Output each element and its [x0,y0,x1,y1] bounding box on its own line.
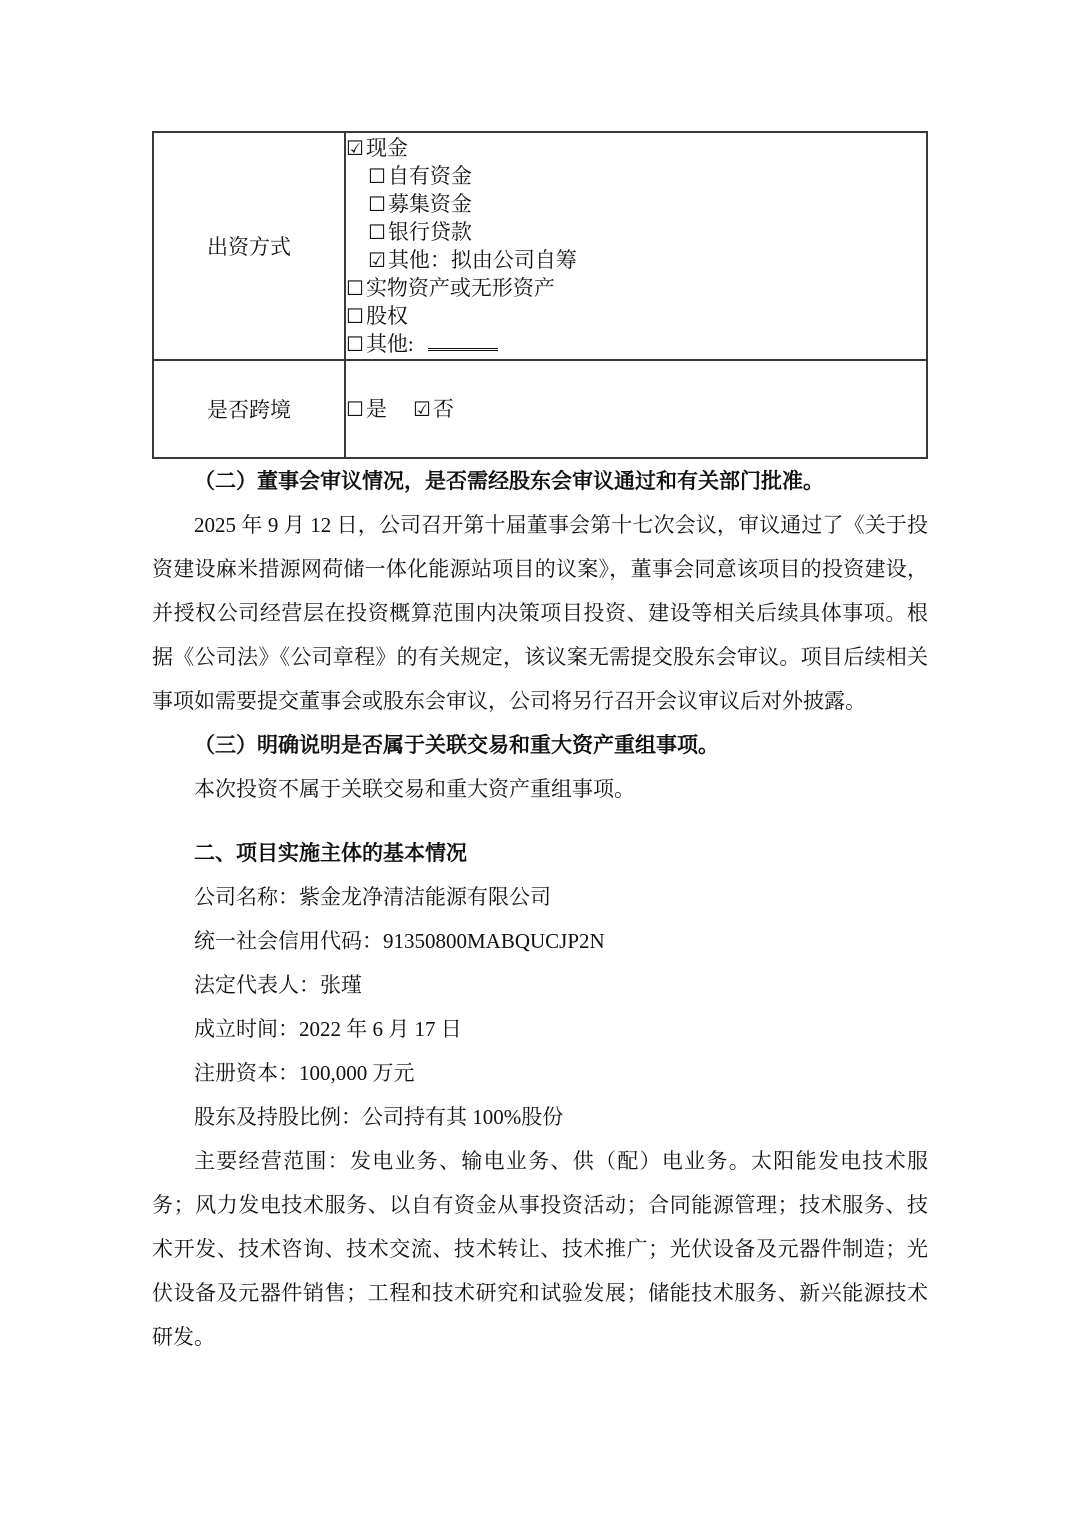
checkbox-unchecked-icon: ☐ [368,192,386,216]
checkbox-unchecked-icon: ☐ [368,220,386,244]
checkbox-option-other: ☐其他: [346,330,926,358]
company-name-line: 公司名称：紫金龙净清洁能源有限公司 [152,875,928,919]
table-row-funding-method: 出资方式 ☑现金 ☐自有资金 ☐募集资金 ☐银行贷款 ☑其他：拟由公司自筹 ☐实… [153,132,927,360]
checkbox-unchecked-icon: ☐ [346,276,364,300]
section-heading-board-review: （二）董事会审议情况，是否需经股东会审议通过和有关部门批准。 [152,459,928,503]
cross-border-label: 是否跨境 [153,360,345,458]
section-heading-implementing-entity: 二、项目实施主体的基本情况 [152,831,928,875]
legal-representative-line: 法定代表人：张瑾 [152,963,928,1007]
checkbox-option-other-self-raised: ☑其他：拟由公司自筹 [346,246,926,274]
checkbox-option-no: ☑否 [413,397,454,421]
checkbox-checked-icon: ☑ [368,248,386,272]
shareholding-line: 股东及持股比例：公司持有其 100%股份 [152,1095,928,1139]
checkbox-label: 募集资金 [388,192,472,216]
checkbox-checked-icon: ☑ [413,397,431,421]
blank-line-spacer [152,811,928,831]
table-row-cross-border: 是否跨境 ☐是☑否 [153,360,927,458]
blank-underline [428,334,498,351]
checkbox-unchecked-icon: ☐ [346,304,364,328]
paragraph-board-review: 2025 年 9 月 12 日，公司召开第十届董事会第十七次会议，审议通过了《关… [152,503,928,723]
checkbox-unchecked-icon: ☐ [368,164,386,188]
checkbox-option-own-funds: ☐自有资金 [346,162,926,190]
checkbox-unchecked-icon: ☐ [346,397,364,421]
checkbox-label: 是 [366,397,387,421]
cross-border-options: ☐是☑否 [346,395,926,423]
checkbox-label: 否 [433,397,454,421]
document-body: （二）董事会审议情况，是否需经股东会审议通过和有关部门批准。 2025 年 9 … [152,459,928,1359]
business-scope-paragraph: 主要经营范围：发电业务、输电业务、供（配）电业务。太阳能发电技术服务；风力发电技… [152,1139,928,1359]
checkbox-checked-icon: ☑ [346,136,364,160]
registered-capital-line: 注册资本：100,000 万元 [152,1051,928,1095]
checkbox-option-equity: ☐股权 [346,302,926,330]
establishment-date-line: 成立时间：2022 年 6 月 17 日 [152,1007,928,1051]
paragraph-related-transaction: 本次投资不属于关联交易和重大资产重组事项。 [152,767,928,811]
credit-code-line: 统一社会信用代码：91350800MABQUCJP2N [152,919,928,963]
document-page: 出资方式 ☑现金 ☐自有资金 ☐募集资金 ☐银行贷款 ☑其他：拟由公司自筹 ☐实… [0,0,1080,1527]
cross-border-options-cell: ☐是☑否 [345,360,927,458]
investment-details-table: 出资方式 ☑现金 ☐自有资金 ☐募集资金 ☐银行贷款 ☑其他：拟由公司自筹 ☐实… [152,131,928,459]
checkbox-label: 现金 [366,136,408,160]
funding-method-options-cell: ☑现金 ☐自有资金 ☐募集资金 ☐银行贷款 ☑其他：拟由公司自筹 ☐实物资产或无… [345,132,927,360]
checkbox-label: 银行贷款 [388,220,472,244]
checkbox-option-yes: ☐是 [346,397,387,421]
checkbox-label: 自有资金 [388,164,472,188]
checkbox-unchecked-icon: ☐ [346,332,364,356]
checkbox-label: 实物资产或无形资产 [366,276,555,300]
checkbox-option-bank-loan: ☐银行贷款 [346,218,926,246]
checkbox-label: 其他: [366,332,414,356]
checkbox-option-cash: ☑现金 [346,134,926,162]
checkbox-option-physical-assets: ☐实物资产或无形资产 [346,274,926,302]
section-heading-related-transaction: （三）明确说明是否属于关联交易和重大资产重组事项。 [152,723,928,767]
checkbox-label: 其他：拟由公司自筹 [388,248,577,272]
funding-method-label: 出资方式 [153,132,345,360]
checkbox-option-raised-funds: ☐募集资金 [346,190,926,218]
checkbox-label: 股权 [366,304,408,328]
